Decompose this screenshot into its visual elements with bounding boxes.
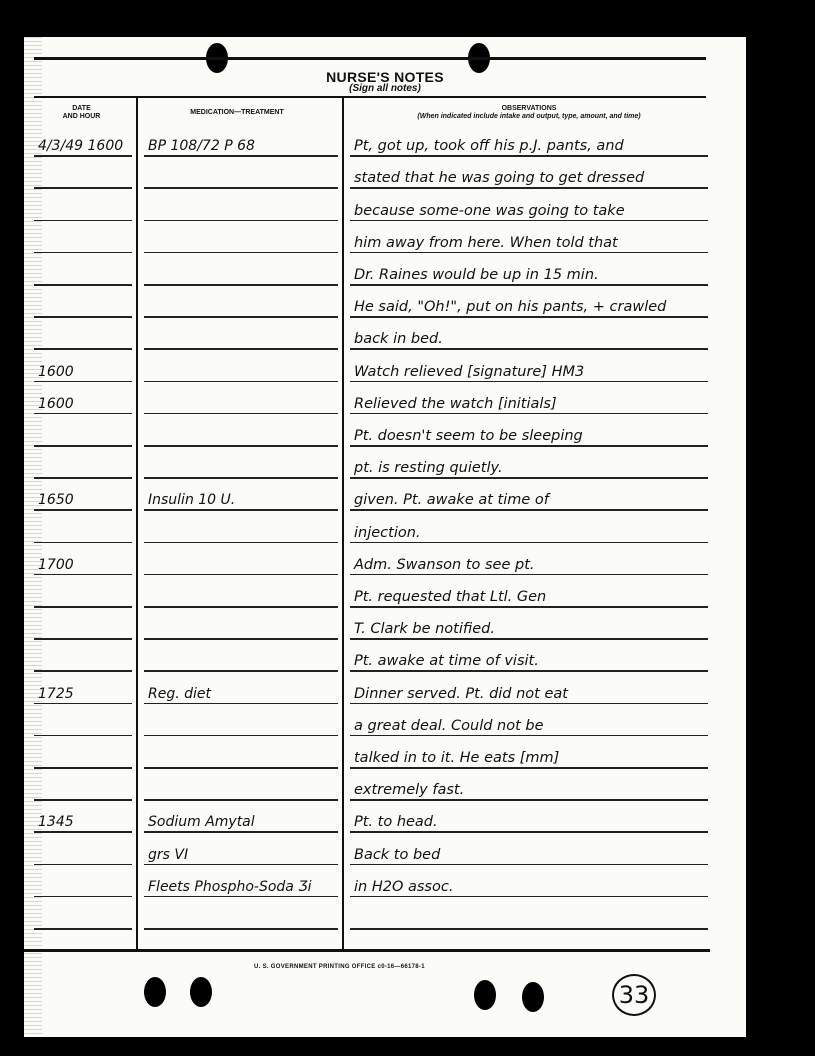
row-date-text: 1600: [38, 363, 74, 381]
row-obs-text: a great deal. Could not be: [354, 717, 544, 735]
row-line-date: [34, 477, 132, 479]
row-line-obs: [350, 381, 708, 383]
row-med-text: Sodium Amytal: [148, 813, 255, 831]
punch-hole-bottom-4: [522, 982, 544, 1012]
row-obs-text: him away from here. When told that: [354, 234, 618, 252]
row-line-date: [34, 864, 132, 866]
header-rule: [34, 96, 706, 98]
row-date-text: 4/3/49 1600: [38, 137, 123, 155]
row-obs-text: Pt. doesn't seem to be sleeping: [354, 427, 583, 445]
row-line-date: [34, 799, 132, 801]
row-line-obs: [350, 413, 708, 415]
header-medication: MEDICATION—TREATMENT: [142, 109, 332, 116]
row-obs-text: Pt. awake at time of visit.: [354, 652, 539, 670]
row-line-obs: [350, 252, 708, 254]
row-line-date: [34, 220, 132, 222]
row-line-date: [34, 606, 132, 608]
row-line-date: [34, 155, 132, 157]
row-obs-text: He said, "Oh!", put on his pants, + craw…: [354, 298, 666, 316]
divider-med-obs: [342, 97, 344, 950]
row-line-date: [34, 767, 132, 769]
header-observations-note: (When indicated include intake and outpu…: [349, 113, 709, 121]
row-line-date: [34, 348, 132, 350]
row-obs-text: Adm. Swanson to see pt.: [354, 556, 535, 574]
row-obs-text: stated that he was going to get dressed: [354, 169, 644, 187]
nurses-notes-page: NURSE'S NOTES (Sign all notes) DATE AND …: [24, 37, 746, 1037]
row-line-obs: [350, 155, 708, 157]
row-line-date: [34, 445, 132, 447]
row-line-obs: [350, 638, 708, 640]
row-line-obs: [350, 509, 708, 511]
punch-hole-bottom-2: [190, 977, 212, 1007]
row-line-date: [34, 896, 132, 898]
row-line-med: [144, 735, 338, 737]
row-obs-text: talked in to it. He eats [mm]: [354, 749, 559, 767]
row-line-date: [34, 252, 132, 254]
row-line-date: [34, 928, 132, 930]
row-line-obs: [350, 735, 708, 737]
row-line-med: [144, 799, 338, 801]
row-line-obs: [350, 703, 708, 705]
row-obs-text: Pt. requested that Ltl. Gen: [354, 588, 546, 606]
row-obs-text: Dinner served. Pt. did not eat: [354, 685, 568, 703]
row-line-obs: [350, 864, 708, 866]
row-line-med: [144, 638, 338, 640]
row-line-date: [34, 638, 132, 640]
row-obs-text: Pt, got up, took off his p.J. pants, and: [354, 137, 624, 155]
row-med-text: Fleets Phospho-Soda Ʒi: [148, 878, 312, 896]
row-line-date: [34, 381, 132, 383]
row-date-text: 1650: [38, 491, 74, 509]
row-line-date: [34, 735, 132, 737]
header-date: DATE: [34, 105, 129, 113]
row-line-obs: [350, 606, 708, 608]
row-med-text: BP 108/72 P 68: [148, 137, 255, 155]
header-date-hour: DATE AND HOUR: [34, 105, 129, 121]
row-line-obs: [350, 187, 708, 189]
row-med-text: Reg. diet: [148, 685, 211, 703]
row-obs-text: back in bed.: [354, 330, 443, 348]
row-line-date: [34, 703, 132, 705]
row-line-obs: [350, 348, 708, 350]
row-med-text: grs VI: [148, 846, 188, 864]
row-line-obs: [350, 542, 708, 544]
row-line-med: [144, 670, 338, 672]
row-line-date: [34, 574, 132, 576]
row-line-obs: [350, 316, 708, 318]
row-line-obs: [350, 928, 708, 930]
row-line-med: [144, 187, 338, 189]
row-line-date: [34, 542, 132, 544]
row-line-obs: [350, 477, 708, 479]
row-line-med: [144, 413, 338, 415]
row-line-obs: [350, 767, 708, 769]
row-line-obs: [350, 445, 708, 447]
printing-office-footer: U. S. GOVERNMENT PRINTING OFFICE c0-16—6…: [254, 964, 425, 970]
row-line-med: [144, 316, 338, 318]
row-obs-text: Watch relieved [signature] HM3: [354, 363, 584, 381]
row-line-med: [144, 445, 338, 447]
row-line-med: [144, 348, 338, 350]
row-line-med: [144, 381, 338, 383]
divider-date-med: [136, 97, 138, 950]
row-line-med: [144, 477, 338, 479]
row-line-med: [144, 284, 338, 286]
row-obs-text: T. Clark be notified.: [354, 620, 495, 638]
row-obs-text: given. Pt. awake at time of: [354, 491, 549, 509]
row-line-med: [144, 574, 338, 576]
row-line-date: [34, 316, 132, 318]
row-obs-text: Relieved the watch [initials]: [354, 395, 557, 413]
row-line-med: [144, 252, 338, 254]
row-line-med: [144, 831, 338, 833]
row-line-obs: [350, 574, 708, 576]
header-hour: AND HOUR: [34, 113, 129, 121]
row-line-obs: [350, 896, 708, 898]
row-line-med: [144, 703, 338, 705]
bottom-rule: [24, 949, 710, 952]
row-line-date: [34, 284, 132, 286]
row-line-date: [34, 831, 132, 833]
row-date-text: 1600: [38, 395, 74, 413]
row-obs-text: Dr. Raines would be up in 15 min.: [354, 266, 599, 284]
row-line-obs: [350, 670, 708, 672]
row-line-med: [144, 606, 338, 608]
row-date-text: 1725: [38, 685, 74, 703]
row-line-med: [144, 509, 338, 511]
header-observations: OBSERVATIONS (When indicated include int…: [349, 105, 709, 121]
row-line-med: [144, 896, 338, 898]
row-line-med: [144, 220, 338, 222]
row-line-date: [34, 413, 132, 415]
top-rule: [34, 57, 706, 60]
row-med-text: Insulin 10 U.: [148, 491, 235, 509]
row-obs-text: extremely fast.: [354, 781, 464, 799]
row-line-obs: [350, 220, 708, 222]
header-observations-title: OBSERVATIONS: [349, 105, 709, 113]
row-line-med: [144, 928, 338, 930]
row-obs-text: Back to bed: [354, 846, 440, 864]
row-line-med: [144, 155, 338, 157]
punch-hole-bottom-3: [474, 980, 496, 1010]
punch-hole-bottom-1: [144, 977, 166, 1007]
row-line-obs: [350, 831, 708, 833]
row-line-obs: [350, 284, 708, 286]
row-obs-text: in H2O assoc.: [354, 878, 453, 896]
row-obs-text: Pt. to head.: [354, 813, 438, 831]
row-line-obs: [350, 799, 708, 801]
row-date-text: 1345: [38, 813, 74, 831]
row-obs-text: injection.: [354, 524, 421, 542]
row-line-med: [144, 542, 338, 544]
row-line-date: [34, 187, 132, 189]
row-line-med: [144, 767, 338, 769]
page-number: 33: [612, 974, 656, 1016]
row-line-date: [34, 670, 132, 672]
row-line-date: [34, 509, 132, 511]
row-date-text: 1700: [38, 556, 74, 574]
row-obs-text: pt. is resting quietly.: [354, 459, 503, 477]
row-line-med: [144, 864, 338, 866]
form-subtitle: (Sign all notes): [24, 83, 746, 94]
row-obs-text: because some-one was going to take: [354, 202, 625, 220]
